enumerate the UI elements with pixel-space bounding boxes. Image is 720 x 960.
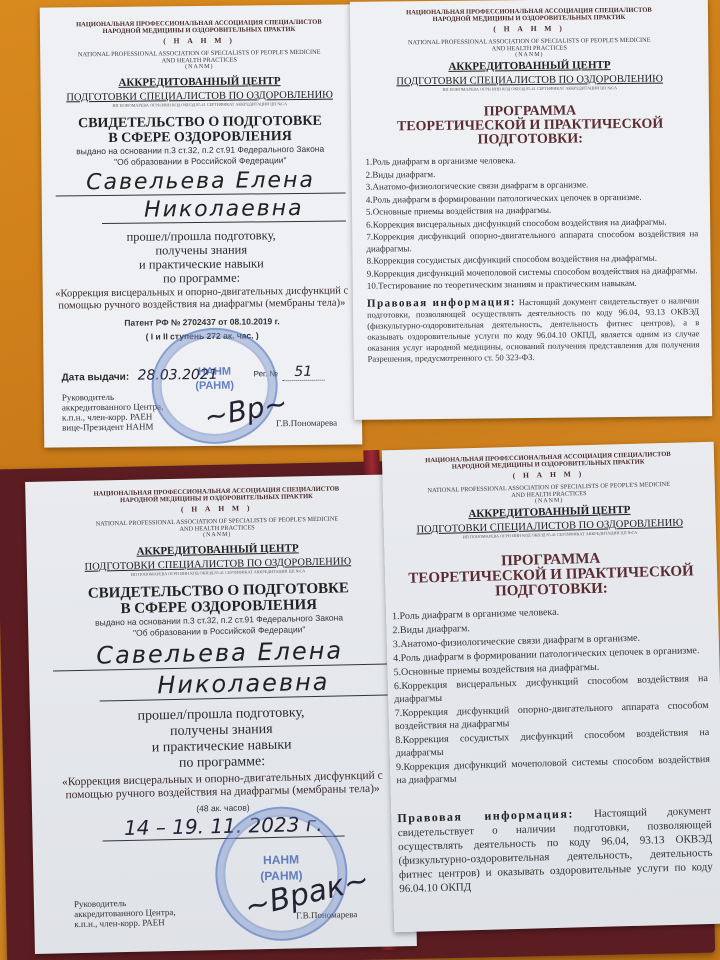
program-item: 10.Тестирование по теоретическим знаниям… bbox=[367, 277, 699, 292]
certificate-top: НАЦИОНАЛЬНАЯ ПРОФЕССИОНАЛЬНАЯ АССОЦИАЦИЯ… bbox=[40, 4, 363, 447]
program-name: «Коррекция висцеральных и опорно-двигате… bbox=[45, 769, 399, 802]
certificate-bottom: НАЦИОНАЛЬНАЯ ПРОФЕССИОНАЛЬНАЯ АССОЦИАЦИЯ… bbox=[25, 474, 417, 954]
legal-info: Правовая информация: Настоящий документ … bbox=[367, 295, 700, 364]
program-item: 7.Коррекция дисфункций опорно-двигательн… bbox=[366, 228, 698, 254]
stamp-text-1: НАНМ bbox=[153, 365, 275, 378]
handwritten-name-1: Савельева Елена bbox=[55, 167, 345, 196]
patent: Патент РФ № 2702437 от 08.10.2019 г. bbox=[43, 315, 361, 329]
handwritten-name-2: Николаевна bbox=[99, 667, 388, 702]
program-bottom: НАЦИОНАЛЬНАЯ ПРОФЕССИОНАЛЬНАЯ АССОЦИАЦИЯ… bbox=[382, 442, 720, 933]
head-line4: вице-Президент НАНМ bbox=[62, 421, 164, 432]
head-line3: к.п.н., член-корр. РАЕН bbox=[74, 917, 176, 929]
program-items: 1.Роль диафрагм в организме человека.2.В… bbox=[365, 153, 698, 292]
passed-4: по программе: bbox=[42, 269, 360, 286]
org-ru-abbr: ( Н А Н М ) bbox=[40, 34, 358, 46]
reg-value: 51 bbox=[282, 364, 324, 381]
program-items: 1.Роль диафрагм в организме человека.2.В… bbox=[392, 602, 711, 787]
handwritten-name-2: Николаевна bbox=[102, 195, 346, 224]
org-ru-abbr: ( Н А Н М ) bbox=[350, 22, 708, 35]
issue-date-label: Дата выдачи: bbox=[62, 372, 130, 384]
program-name: «Коррекция висцеральных и опорно-двигате… bbox=[53, 285, 351, 312]
program-top: НАЦИОНАЛЬНАЯ ПРОФЕССИОНАЛЬНАЯ АССОЦИАЦИЯ… bbox=[350, 0, 712, 420]
legal-info: Правовая информация: Настоящий документ … bbox=[397, 803, 713, 896]
handwritten-name-1: Савельева Елена bbox=[52, 636, 387, 672]
stamp-text-1: НАНМ bbox=[217, 851, 345, 868]
center-title: АККРЕДИТОВАННЫЙ ЦЕНТР bbox=[40, 74, 358, 89]
center-title: АККРЕДИТОВАННЫЙ ЦЕНТР bbox=[350, 58, 708, 74]
